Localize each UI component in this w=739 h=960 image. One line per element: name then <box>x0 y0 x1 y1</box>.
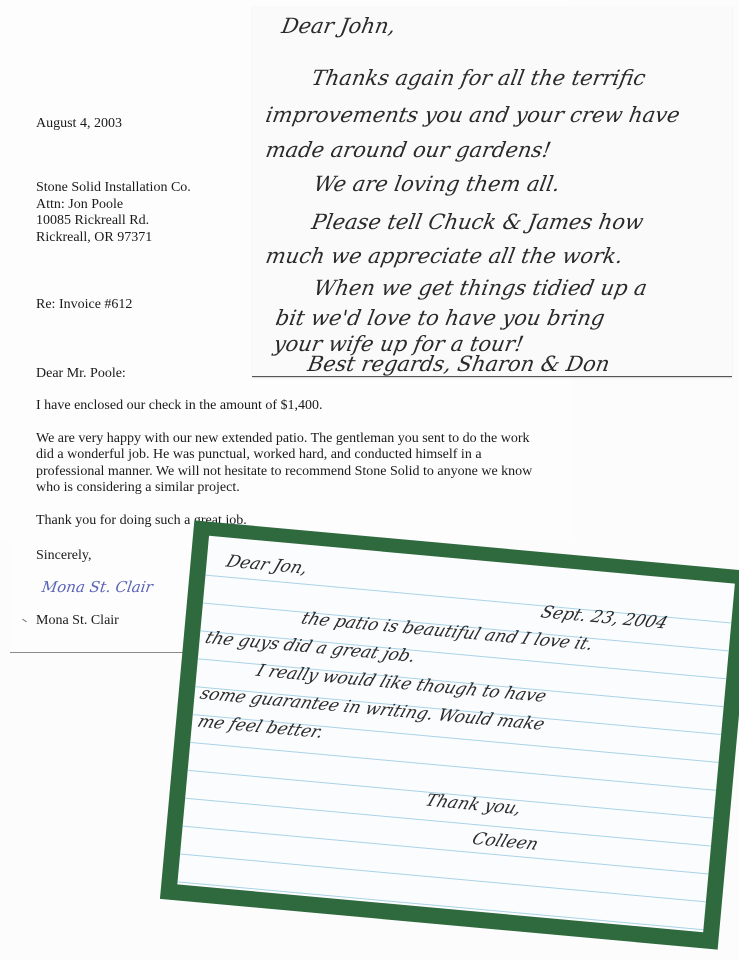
salutation: Dear Mr. Poole: <box>36 366 126 383</box>
card-signature: Colleen <box>469 829 541 854</box>
address-line: Attn: Jon Poole <box>36 197 191 214</box>
card-line: me feel better. <box>195 712 326 743</box>
note-line: We are loving them all. <box>312 172 562 196</box>
paragraph: We are very happy with our new extended … <box>36 431 536 497</box>
recipient-address: Stone Solid Installation Co. Attn: Jon P… <box>36 180 191 246</box>
scanned-page: August 4, 2003 Stone Solid Installation … <box>0 0 739 960</box>
note-line: Please tell Chuck & James how <box>310 210 645 234</box>
paragraph: I have enclosed our check in the amount … <box>36 398 536 415</box>
paragraph: Thank you for doing such a great job. <box>36 513 536 530</box>
address-line: 10085 Rickreall Rd. <box>36 213 191 230</box>
card-closing: Thank you, <box>423 791 525 819</box>
note-line: Dear John, <box>280 14 398 38</box>
note-line: much we appreciate all the work. <box>264 244 625 268</box>
note-line: bit we'd love to have you bring <box>274 306 607 330</box>
handwritten-signature: Mona St. Clair <box>41 578 154 596</box>
note-signoff: Best regards, Sharon & Don <box>306 352 612 376</box>
index-card: Dear Jon, Sept. 23, 2004 the patio is be… <box>177 536 735 932</box>
address-line: Rickreall, OR 97371 <box>36 230 191 247</box>
card-date: Sept. 23, 2004 <box>538 603 670 634</box>
handwritten-card: Dear Jon, Sept. 23, 2004 the patio is be… <box>160 520 739 949</box>
handwritten-note-1: Dear John, Thanks again for all the terr… <box>252 6 732 377</box>
note-line: Thanks again for all the terrific <box>310 66 648 90</box>
note-line: improvements you and your crew have <box>264 103 682 127</box>
closing: Sincerely, <box>36 548 91 565</box>
card-greeting: Dear Jon, <box>223 552 310 579</box>
address-line: Stone Solid Installation Co. <box>36 180 191 197</box>
letter-body: I have enclosed our check in the amount … <box>36 398 536 545</box>
letter-date: August 4, 2003 <box>36 116 122 133</box>
typed-name: Mona St. Clair <box>36 613 119 630</box>
note-line: When we get things tidied up a <box>312 276 649 300</box>
note-line: made around our gardens! <box>264 138 553 162</box>
reference-line: Re: Invoice #612 <box>36 297 132 314</box>
